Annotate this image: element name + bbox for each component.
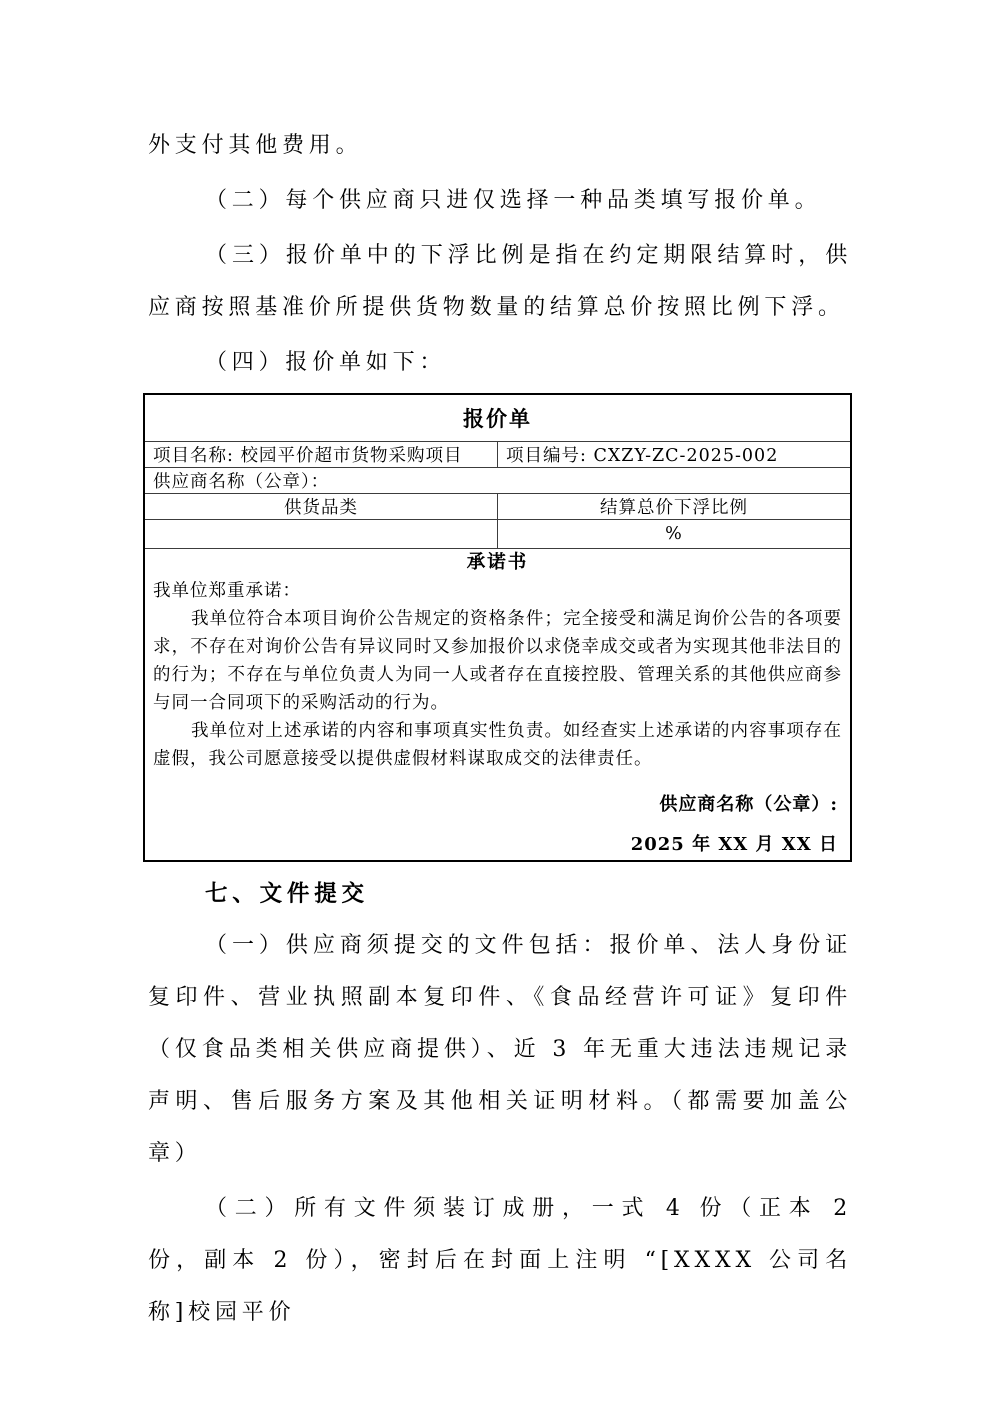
supplier-name-row: 供应商名称（公章）： <box>144 467 851 493</box>
commitment-signature-label: 供应商名称（公章）: <box>153 791 842 819</box>
paragraph-continuation: 外支付其他费用。 <box>143 120 852 172</box>
value-row: % <box>144 519 851 548</box>
commitment-lead: 我单位郑重承诺： <box>153 577 842 605</box>
ratio-value-cell: % <box>498 519 852 548</box>
commitment-paragraph-1: 我单位符合本项目询价公告规定的资格条件；完全接受和满足询价公告的各项要求，不存在… <box>153 605 842 717</box>
commitment-cell: 承诺书 我单位郑重承诺： 我单位符合本项目询价公告规定的资格条件；完全接受和满足… <box>144 548 851 861</box>
header-ratio-cell: 结算总价下浮比例 <box>498 493 852 519</box>
section-heading-file-submission: 七、文件提交 <box>143 868 852 920</box>
supplier-name-cell: 供应商名称（公章）： <box>144 467 851 493</box>
paragraph-item-four: （四）报价单如下： <box>143 337 852 389</box>
project-code-cell: 项目编号: CXZY-ZC-2025-002 <box>498 441 852 467</box>
quotation-table-title: 报价单 <box>144 394 851 441</box>
quotation-table-title-row: 报价单 <box>144 394 851 441</box>
section-paragraph-one: （一）供应商须提交的文件包括：报价单、法人身份证复印件、营业执照副本复印件、《食… <box>143 920 852 1180</box>
quotation-table: 报价单 项目名称: 校园平价超市货物采购项目 项目编号: CXZY-ZC-202… <box>143 393 852 862</box>
paragraph-item-three: （三）报价单中的下浮比例是指在约定期限结算时，供应商按照基准价所提供货物数量的结… <box>143 230 852 334</box>
section-paragraph-two: （二）所有文件须装订成册，一式 4 份（正本 2 份，副本 2 份），密封后在封… <box>143 1183 852 1339</box>
commitment-paragraph-2: 我单位对上述承诺的内容和事项真实性负责。如经查实上述承诺的内容事项存在虚假，我公… <box>153 717 842 773</box>
paragraph-item-two: （二）每个供应商只进仅选择一种品类填写报价单。 <box>143 175 852 227</box>
commitment-date: 2025 年 XX 月 XX 日 <box>153 831 842 859</box>
column-header-row: 供货品类 结算总价下浮比例 <box>144 493 851 519</box>
header-category-cell: 供货品类 <box>144 493 498 519</box>
commitment-title: 承诺书 <box>153 549 842 577</box>
category-value-cell <box>144 519 498 548</box>
project-name-cell: 项目名称: 校园平价超市货物采购项目 <box>144 441 498 467</box>
project-info-row: 项目名称: 校园平价超市货物采购项目 项目编号: CXZY-ZC-2025-00… <box>144 441 851 467</box>
commitment-row: 承诺书 我单位郑重承诺： 我单位符合本项目询价公告规定的资格条件；完全接受和满足… <box>144 548 851 861</box>
document-page: 外支付其他费用。 （二）每个供应商只进仅选择一种品类填写报价单。 （三）报价单中… <box>0 0 992 1403</box>
